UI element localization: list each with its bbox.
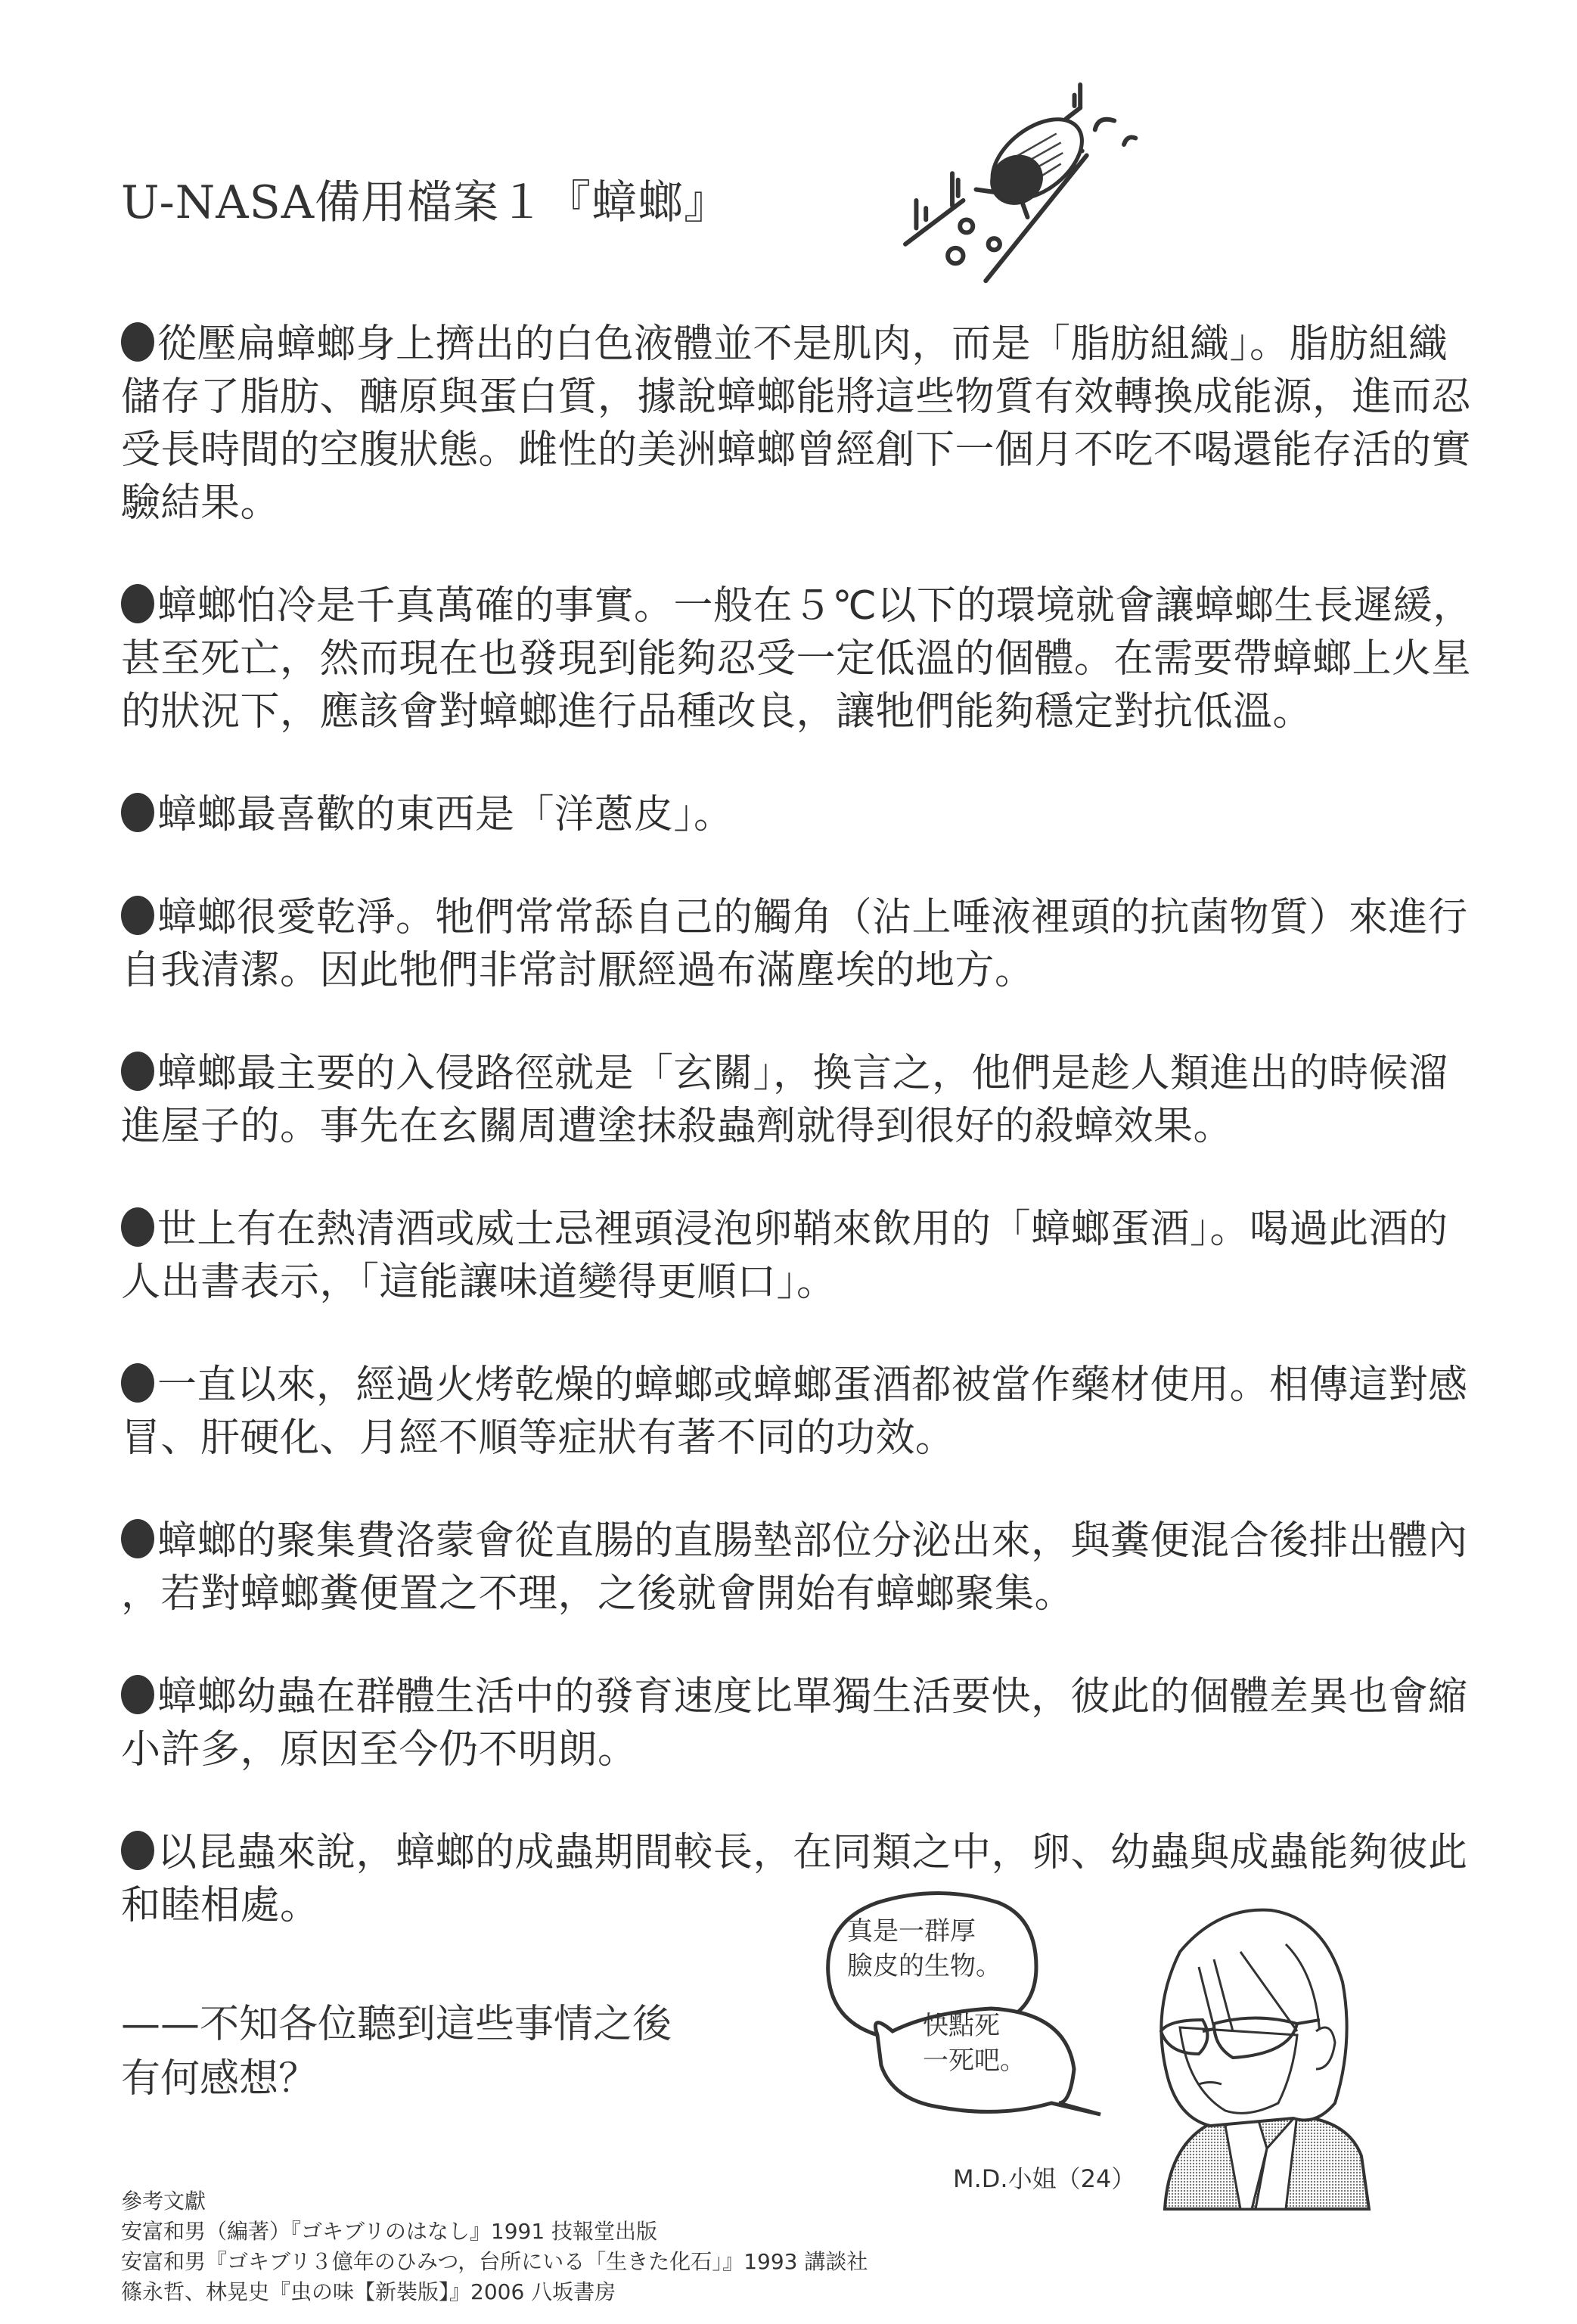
bullet-icon (121, 1052, 154, 1091)
fact-paragraph: 蟑螂的聚集費洛蒙會從直腸的直腸墊部位分泌出來，與糞便混合後排出體內 ，若對蟑螂糞… (121, 1515, 1520, 1620)
closing-question: ——不知各位聽到這些事情之後 有何感想？ (121, 1997, 672, 2106)
cockroach-illustration-icon (892, 45, 1150, 295)
fact-paragraph: 蟑螂最主要的入侵路徑就是「玄關」，換言之，他們是趁人類進出的時候溜 進屋子的。事… (121, 1047, 1520, 1153)
speech-bubble-icon (809, 1876, 1127, 2118)
reference-item: 篠永哲、林晃史『虫の味【新裝版】』2006 八坂書房 (121, 2277, 868, 2307)
references: 參考文獻 安富和男（編著）『ゴキブリのはなし』1991 技報堂出版 安富和男『ゴ… (121, 2186, 868, 2307)
bullet-icon (121, 1675, 154, 1714)
fact-paragraph: 蟑螂最喜歡的東西是「洋蔥皮」。 (121, 788, 1520, 841)
speech-bubble-top: 真是一群厚 臉皮的生物。 (847, 1914, 1001, 1984)
page-title: U-NASA備用檔案１『蟑螂』 (121, 166, 730, 231)
bullet-icon (121, 1207, 154, 1247)
fact-paragraph: 一直以來，經過火烤乾燥的蟑螂或蟑螂蛋酒都被當作藥材使用。相傳這對感 冒、肝硬化、… (121, 1359, 1520, 1465)
fact-paragraph: 蟑螂很愛乾淨。牠們常常舔自己的觸角（沾上唾液裡頭的抗菌物質）來進行 自我清潔。因… (121, 891, 1520, 997)
character-portrait-icon (1135, 1899, 1392, 2217)
bullet-icon (121, 1363, 154, 1403)
bullet-icon (121, 1831, 154, 1870)
fact-paragraph: 世上有在熱清酒或威士忌裡頭浸泡卵鞘來飲用的「蟑螂蛋酒」。喝過此酒的 人出書表示，… (121, 1203, 1520, 1309)
bullet-icon (121, 1519, 154, 1558)
bullet-icon (121, 793, 154, 832)
reference-item: 安富和男（編著）『ゴキブリのはなし』1991 技報堂出版 (121, 2217, 868, 2247)
character-label: M.D.小姐（24） (953, 2160, 1135, 2195)
speech-bubble-bottom: 快點死 一死吧。 (923, 2009, 1026, 2078)
fact-paragraph: 從壓扁蟑螂身上擠出的白色液體並不是肌肉，而是「脂肪組織」。脂肪組織 儲存了脂肪、… (121, 318, 1520, 530)
article-body: 從壓扁蟑螂身上擠出的白色液體並不是肌肉，而是「脂肪組織」。脂肪組織 儲存了脂肪、… (121, 318, 1520, 1982)
bullet-icon (121, 896, 154, 935)
references-heading: 參考文獻 (121, 2186, 868, 2217)
reference-item: 安富和男『ゴキブリ３億年のひみつ，台所にいる「生きた化石」』1993 講談社 (121, 2247, 868, 2277)
bullet-icon (121, 322, 154, 362)
bullet-icon (121, 584, 154, 623)
fact-paragraph: 蟑螂幼蟲在群體生活中的發育速度比單獨生活要快，彼此的個體差異也會縮 小許多，原因… (121, 1670, 1520, 1776)
fact-paragraph: 蟑螂怕冷是千真萬確的事實。一般在５℃以下的環境就會讓蟑螂生長遲緩， 甚至死亡，然… (121, 579, 1520, 738)
